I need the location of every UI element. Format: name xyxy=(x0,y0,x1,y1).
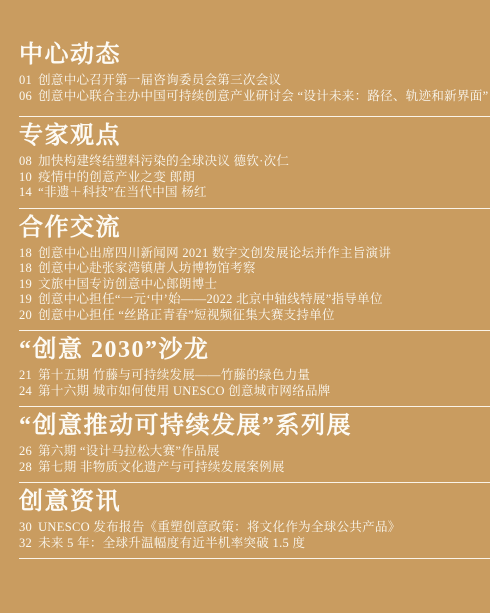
toc-item-title: UNESCO 发布报告《重塑创意政策：将文化作为全球公共产品》 xyxy=(38,520,400,534)
section-item-list: 01创意中心召开第一届咨询委员会第三次会议 06创意中心联合主办中国可持续创意产… xyxy=(19,73,490,104)
toc-item-title: 第七期 非物质文化遗产与可持续发展案例展 xyxy=(38,460,285,474)
toc-page: 中心动态 01创意中心召开第一届咨询委员会第三次会议 06创意中心联合主办中国可… xyxy=(0,0,490,613)
toc-item: 26第六期 “设计马拉松大赛”作品展 xyxy=(19,444,490,460)
toc-item-title: 创意中心联合主办中国可持续创意产业研讨会 “设计未来：路径、轨迹和新界面” xyxy=(38,89,488,103)
toc-item: 18创意中心赴张家湾镇唐人坊博物馆考察 xyxy=(19,261,490,277)
toc-item-title: 第十六期 城市如何使用 UNESCO 创意城市网络品牌 xyxy=(38,384,330,398)
section-title: 合作交流 xyxy=(19,215,490,241)
section-divider xyxy=(19,330,490,331)
toc-item-page-number: 21 xyxy=(19,368,32,384)
section-title: “创意 2030”沙龙 xyxy=(19,337,490,363)
toc-item: 08加快构建终结塑料污染的全球决议 德钦·次仁 xyxy=(19,154,490,170)
toc-item-page-number: 14 xyxy=(19,185,32,201)
section-creativity-2030-salon: “创意 2030”沙龙 21第十五期 竹藤与可持续发展——竹藤的绿色力量 24第… xyxy=(19,337,490,407)
toc-item-page-number: 18 xyxy=(19,261,32,277)
section-item-list: 18创意中心出席四川新闻网 2021 数字文创发展论坛并作主旨演讲 18创意中心… xyxy=(19,246,490,324)
toc-item-title: 创意中心出席四川新闻网 2021 数字文创发展论坛并作主旨演讲 xyxy=(38,246,391,260)
section-center-news: 中心动态 01创意中心召开第一届咨询委员会第三次会议 06创意中心联合主办中国可… xyxy=(19,42,490,117)
toc-item: 18创意中心出席四川新闻网 2021 数字文创发展论坛并作主旨演讲 xyxy=(19,246,490,262)
toc-item-page-number: 30 xyxy=(19,520,32,536)
section-title: “创意推动可持续发展”系列展 xyxy=(19,413,490,439)
section-item-list: 30UNESCO 发布报告《重塑创意政策：将文化作为全球公共产品》 32未来 5… xyxy=(19,520,490,551)
table-of-contents: 中心动态 01创意中心召开第一届咨询委员会第三次会议 06创意中心联合主办中国可… xyxy=(0,0,490,559)
toc-item: 21第十五期 竹藤与可持续发展——竹藤的绿色力量 xyxy=(19,368,490,384)
toc-item: 30UNESCO 发布报告《重塑创意政策：将文化作为全球公共产品》 xyxy=(19,520,490,536)
section-title: 专家观点 xyxy=(19,123,490,149)
toc-item-title: 第六期 “设计马拉松大赛”作品展 xyxy=(38,444,220,458)
toc-item-page-number: 19 xyxy=(19,277,32,293)
section-item-list: 08加快构建终结塑料污染的全球决议 德钦·次仁 10疫情中的创意产业之变 郎朗 … xyxy=(19,154,490,201)
section-creativity-sustainable-series: “创意推动可持续发展”系列展 26第六期 “设计马拉松大赛”作品展 28第七期 … xyxy=(19,413,490,483)
section-divider xyxy=(19,558,490,559)
toc-item: 24第十六期 城市如何使用 UNESCO 创意城市网络品牌 xyxy=(19,384,490,400)
section-divider xyxy=(19,208,490,209)
toc-item: 10疫情中的创意产业之变 郎朗 xyxy=(19,170,490,186)
toc-item-title: “非遗＋科技”在当代中国 杨红 xyxy=(38,185,207,199)
section-expert-views: 专家观点 08加快构建终结塑料污染的全球决议 德钦·次仁 10疫情中的创意产业之… xyxy=(19,123,490,209)
toc-item: 19文旅中国专访创意中心郎朗博士 xyxy=(19,277,490,293)
section-divider xyxy=(19,406,490,407)
section-creative-news: 创意资讯 30UNESCO 发布报告《重塑创意政策：将文化作为全球公共产品》 3… xyxy=(19,489,490,559)
toc-item-page-number: 28 xyxy=(19,460,32,476)
toc-item-title: 创意中心担任“一元‘中’始——2022 北京中轴线特展”指导单位 xyxy=(38,292,383,306)
toc-item-title: 创意中心赴张家湾镇唐人坊博物馆考察 xyxy=(38,261,256,275)
toc-item: 20创意中心担任 “丝路正青春”短视频征集大赛支持单位 xyxy=(19,308,490,324)
section-title: 创意资讯 xyxy=(19,489,490,515)
section-cooperation-exchange: 合作交流 18创意中心出席四川新闻网 2021 数字文创发展论坛并作主旨演讲 1… xyxy=(19,215,490,332)
toc-item-title: 创意中心召开第一届咨询委员会第三次会议 xyxy=(38,73,281,87)
toc-item-page-number: 26 xyxy=(19,444,32,460)
toc-item: 01创意中心召开第一届咨询委员会第三次会议 xyxy=(19,73,490,89)
toc-item-page-number: 18 xyxy=(19,246,32,262)
section-item-list: 26第六期 “设计马拉松大赛”作品展 28第七期 非物质文化遗产与可持续发展案例… xyxy=(19,444,490,475)
toc-item: 14“非遗＋科技”在当代中国 杨红 xyxy=(19,185,490,201)
toc-item-page-number: 08 xyxy=(19,154,32,170)
toc-item-title: 创意中心担任 “丝路正青春”短视频征集大赛支持单位 xyxy=(38,308,335,322)
toc-item-title: 文旅中国专访创意中心郎朗博士 xyxy=(38,277,217,291)
toc-item-page-number: 19 xyxy=(19,292,32,308)
toc-item-page-number: 20 xyxy=(19,308,32,324)
toc-item-page-number: 32 xyxy=(19,536,32,552)
toc-item-title: 未来 5 年：全球升温幅度有近半机率突破 1.5 度 xyxy=(38,536,305,550)
toc-item-page-number: 10 xyxy=(19,170,32,186)
toc-item: 32未来 5 年：全球升温幅度有近半机率突破 1.5 度 xyxy=(19,536,490,552)
toc-item: 06创意中心联合主办中国可持续创意产业研讨会 “设计未来：路径、轨迹和新界面” xyxy=(19,89,490,105)
section-title: 中心动态 xyxy=(19,42,490,68)
toc-item-page-number: 06 xyxy=(19,89,32,105)
toc-item-page-number: 01 xyxy=(19,73,32,89)
section-item-list: 21第十五期 竹藤与可持续发展——竹藤的绿色力量 24第十六期 城市如何使用 U… xyxy=(19,368,490,399)
toc-item-title: 疫情中的创意产业之变 郎朗 xyxy=(38,170,195,184)
toc-item-title: 加快构建终结塑料污染的全球决议 德钦·次仁 xyxy=(38,154,289,168)
section-divider xyxy=(19,116,490,117)
section-divider xyxy=(19,482,490,483)
toc-item-title: 第十五期 竹藤与可持续发展——竹藤的绿色力量 xyxy=(38,368,310,382)
toc-item: 28第七期 非物质文化遗产与可持续发展案例展 xyxy=(19,460,490,476)
toc-item-page-number: 24 xyxy=(19,384,32,400)
toc-item: 19创意中心担任“一元‘中’始——2022 北京中轴线特展”指导单位 xyxy=(19,292,490,308)
